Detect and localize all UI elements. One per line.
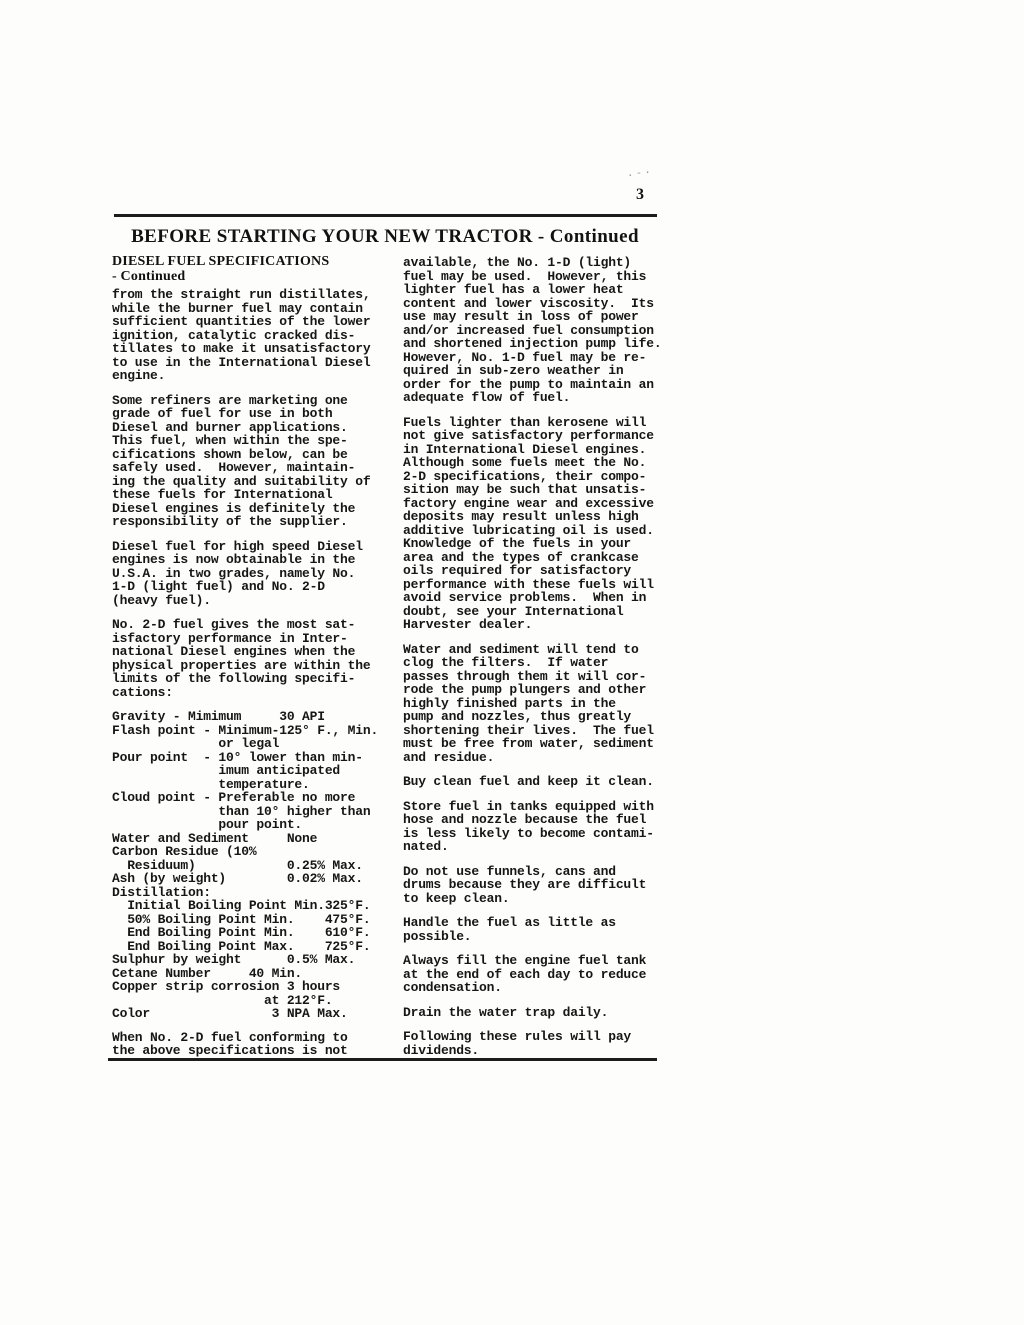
fuel-specifications-table: Gravity - Mimimum 30 API Flash point - M… — [112, 710, 400, 1021]
manual-page: .-· 3 BEFORE STARTING YOUR NEW TRACTOR -… — [0, 0, 1024, 1325]
left-column: DIESEL FUEL SPECIFICATIONS - Continued f… — [112, 255, 400, 1058]
page-title: BEFORE STARTING YOUR NEW TRACTOR - Conti… — [110, 226, 660, 248]
paragraph-drain-trap: Drain the water trap daily. — [403, 1006, 685, 1020]
paragraph-straight-run: from the straight run distillates, while… — [112, 288, 400, 383]
paragraph-dividends: Following these rules will pay dividends… — [403, 1030, 685, 1057]
paragraph-two-grades: Diesel fuel for high speed Diesel engine… — [112, 540, 400, 608]
paragraph-closing: When No. 2-D fuel conforming to the abov… — [112, 1031, 400, 1058]
section-heading-line2: - Continued — [112, 270, 400, 285]
section-heading-line1: DIESEL FUEL SPECIFICATIONS — [112, 255, 400, 270]
paragraph-store-fuel: Store fuel in tanks equipped with hose a… — [403, 800, 685, 854]
paragraph-lighter-than-kerosene: Fuels lighter than kerosene will not giv… — [403, 416, 685, 632]
top-rule — [114, 214, 657, 217]
paragraph-no-funnels: Do not use funnels, cans and drums becau… — [403, 865, 685, 906]
section-heading: DIESEL FUEL SPECIFICATIONS - Continued — [112, 255, 400, 284]
paragraph-light-fuel: available, the No. 1-D (light) fuel may … — [403, 256, 685, 405]
paragraph-handle-little: Handle the fuel as little as possible. — [403, 916, 685, 943]
paragraph-buy-clean: Buy clean fuel and keep it clean. — [403, 775, 685, 789]
right-column: available, the No. 1-D (light) fuel may … — [403, 256, 685, 1068]
paragraph-water-sediment: Water and sediment will tend to clog the… — [403, 643, 685, 765]
paragraph-2d-performance: No. 2-D fuel gives the most sat- isfacto… — [112, 618, 400, 699]
paragraph-fill-tank: Always fill the engine fuel tank at the … — [403, 954, 685, 995]
page-number: 3 — [636, 186, 644, 204]
paragraph-refiners: Some refiners are marketing one grade of… — [112, 394, 400, 529]
scan-artifact: .-· — [627, 166, 653, 179]
bottom-rule — [108, 1058, 657, 1061]
